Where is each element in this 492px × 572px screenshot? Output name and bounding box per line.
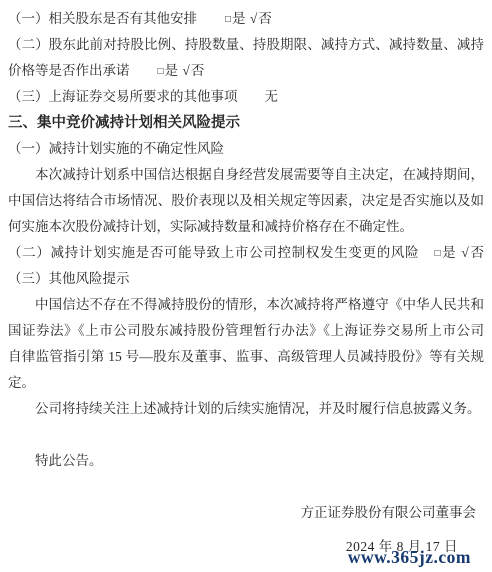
risk-3-para-line-2: 国证券法》《上市公司股东减持股份管理暂行办法》《上海证券交易所上市公司: [8, 318, 484, 344]
watermark: www.365jz.com: [348, 547, 471, 568]
item-2-commitment-line-1: （二）股东此前对持股比例、持股数量、持股期限、减持方式、减持数量、减持: [8, 32, 484, 58]
signature-company: 方正证券股份有限公司董事会: [8, 500, 484, 526]
closing-para: 公司将持续关注上述减持计划的后续实施情况，并及时履行信息披露义务。: [8, 396, 484, 422]
section-heading-risk-notice: 三、集中竞价减持计划相关风险提示: [8, 110, 484, 136]
item-1-other-arrangements: （一）相关股东是否有其他安排 □是 √否: [8, 6, 484, 32]
risk-3-para-line-4: 定。: [8, 370, 484, 396]
check-icon: √: [181, 63, 190, 78]
risk-1-para-line-1: 本次减持计划系中国信达根据自身经营发展需要等自主决定，在减持期间，: [8, 162, 484, 188]
checkbox-unchecked-icon: □: [157, 66, 165, 77]
item-2-commitment-line-2: 价格等是否作出承诺 □是 √否: [8, 58, 484, 84]
checkbox-unchecked-icon: □: [224, 14, 232, 25]
risk-3-heading: （三）其他风险提示: [8, 266, 484, 292]
risk-3-para-line-3: 自律监管指引第 15 号—股东及董事、监事、高级管理人员减持股份》等有关规: [8, 344, 484, 370]
check-icon: √: [249, 11, 258, 26]
checkbox-unchecked-icon: □: [433, 248, 442, 259]
risk-1-para-line-2: 中国信达将结合市场情况、股价表现以及相关规定等因素，决定是否实施以及如: [8, 188, 484, 214]
document-body: （一）相关股东是否有其他安排 □是 √否（二）股东此前对持股比例、持股数量、持股…: [8, 6, 484, 560]
risk-3-para-line-1: 中国信达不存在不得减持股份的情形，本次减持将严格遵守《中华人民共和: [8, 292, 484, 318]
risk-1-para-line-3: 何实施本次股份减持计划，实际减持数量和减持价格存在不确定性。: [8, 214, 484, 240]
document-page: （一）相关股东是否有其他安排 □是 √否（二）股东此前对持股比例、持股数量、持股…: [0, 0, 492, 572]
item-3-sse-other-matters: （三）上海证券交易所要求的其他事项 无: [8, 84, 484, 110]
announcement-closing: 特此公告。: [8, 448, 484, 474]
blank-line: [8, 422, 484, 448]
check-icon: √: [460, 245, 469, 260]
blank-line: [8, 474, 484, 500]
risk-2-control-change: （二）减持计划实施是否可能导致上市公司控制权发生变更的风险 □是 √否: [8, 240, 484, 266]
risk-1-heading: （一）减持计划实施的不确定性风险: [8, 136, 484, 162]
